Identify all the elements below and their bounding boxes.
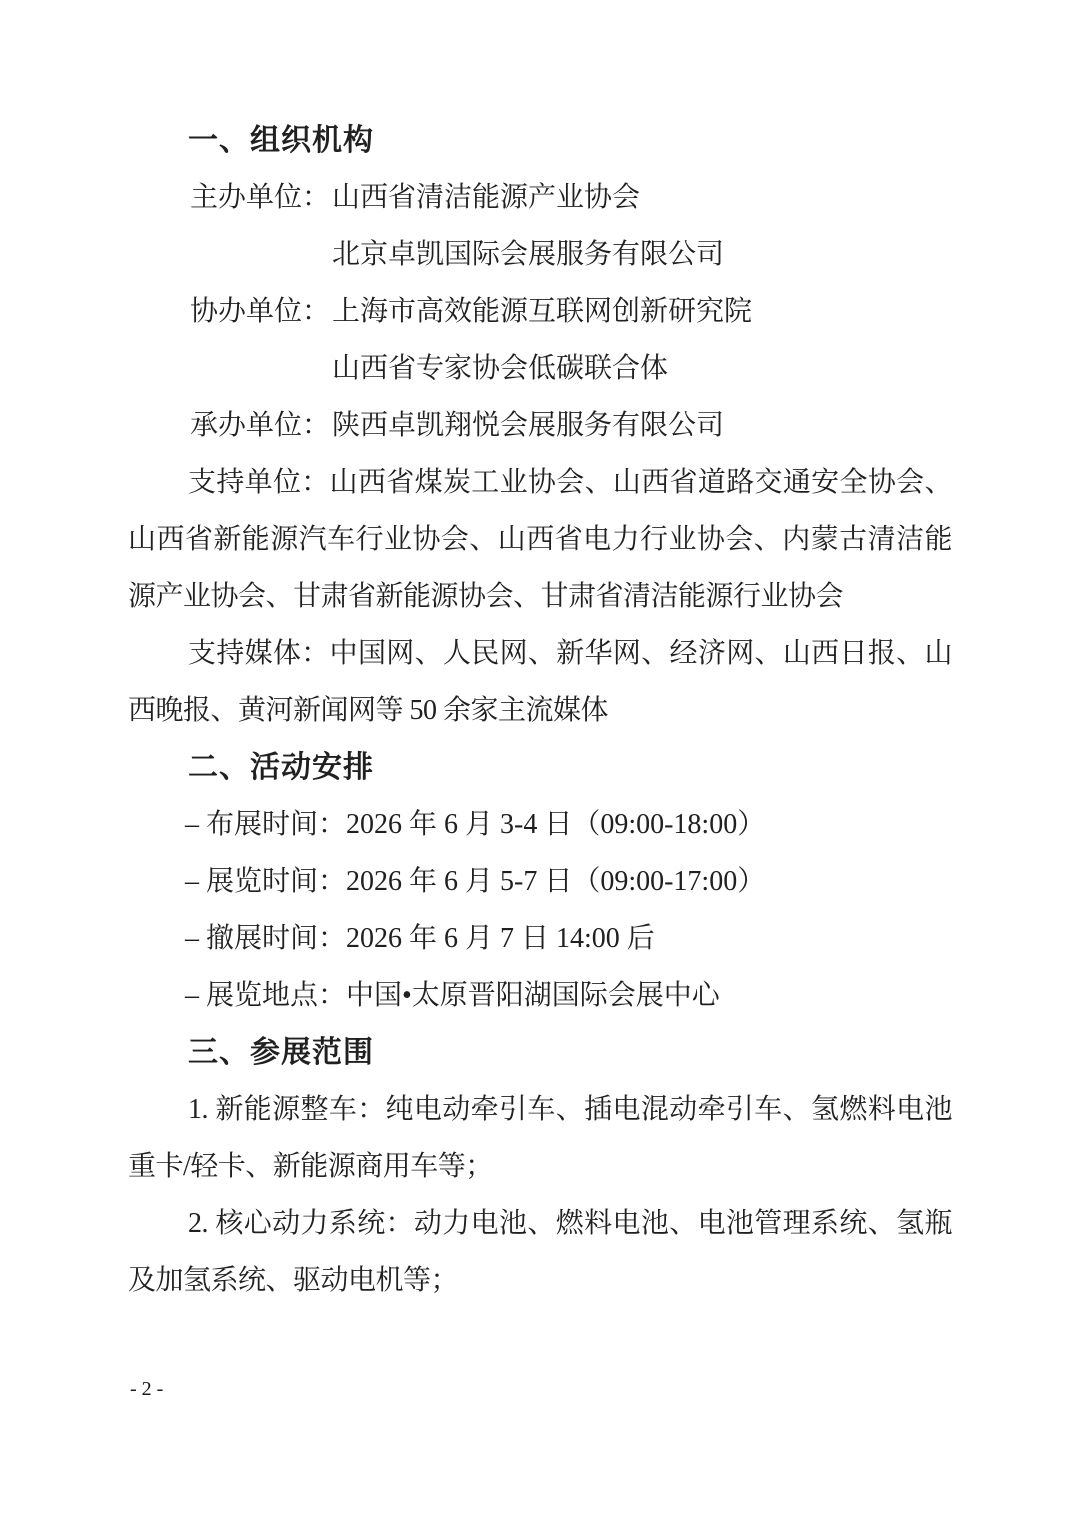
org-value: 山西省专家协会低碳联合体 xyxy=(332,340,952,397)
org-label-host: 主办单位： xyxy=(190,169,332,226)
paragraph-supporting-media: 支持媒体：中国网、人民网、新华网、经济网、山西日报、山西晚报、黄河新闻网等 50… xyxy=(128,625,952,739)
schedule-item-exhibition-time: – 展览时间：2026 年 6 月 5-7 日（09:00-17:00） xyxy=(128,853,952,910)
schedule-item-teardown-time: – 撤展时间：2026 年 6 月 7 日 14:00 后 xyxy=(128,910,952,967)
page-number: - 2 - xyxy=(130,1378,163,1401)
org-values-undertaker: 陕西卓凯翔悦会展服务有限公司 xyxy=(332,397,952,454)
scope-item-new-energy-vehicles: 1. 新能源整车：纯电动牵引车、插电混动牵引车、氢燃料电池重卡/轻卡、新能源商用… xyxy=(128,1081,952,1195)
scope-item-core-power-systems: 2. 核心动力系统：动力电池、燃料电池、电池管理系统、氢瓶及加氢系统、驱动电机等… xyxy=(128,1195,952,1309)
section-heading-schedule: 二、活动安排 xyxy=(188,739,952,796)
org-values-co-organizer: 上海市高效能源互联网创新研究院 山西省专家协会低碳联合体 xyxy=(332,283,952,397)
document-content: 一、组织机构 主办单位： 山西省清洁能源产业协会 北京卓凯国际会展服务有限公司 … xyxy=(128,112,952,1309)
org-value: 北京卓凯国际会展服务有限公司 xyxy=(332,226,952,283)
org-value: 上海市高效能源互联网创新研究院 xyxy=(332,283,952,340)
section-heading-scope: 三、参展范围 xyxy=(188,1024,952,1081)
schedule-item-venue: – 展览地点：中国•太原晋阳湖国际会展中心 xyxy=(128,967,952,1024)
org-row-co-organizer: 协办单位： 上海市高效能源互联网创新研究院 山西省专家协会低碳联合体 xyxy=(128,283,952,397)
document-page: 一、组织机构 主办单位： 山西省清洁能源产业协会 北京卓凯国际会展服务有限公司 … xyxy=(0,0,1080,1528)
org-label-undertaker: 承办单位： xyxy=(190,397,332,454)
section-heading-organization: 一、组织机构 xyxy=(188,112,952,169)
org-value: 山西省清洁能源产业协会 xyxy=(332,169,952,226)
org-value: 陕西卓凯翔悦会展服务有限公司 xyxy=(332,397,952,454)
org-row-host: 主办单位： 山西省清洁能源产业协会 北京卓凯国际会展服务有限公司 xyxy=(128,169,952,283)
org-row-undertaker: 承办单位： 陕西卓凯翔悦会展服务有限公司 xyxy=(128,397,952,454)
org-values-host: 山西省清洁能源产业协会 北京卓凯国际会展服务有限公司 xyxy=(332,169,952,283)
paragraph-supporting-units: 支持单位：山西省煤炭工业协会、山西省道路交通安全协会、山西省新能源汽车行业协会、… xyxy=(128,454,952,625)
org-label-co-organizer: 协办单位： xyxy=(190,283,332,340)
schedule-item-setup-time: – 布展时间：2026 年 6 月 3-4 日（09:00-18:00） xyxy=(128,796,952,853)
